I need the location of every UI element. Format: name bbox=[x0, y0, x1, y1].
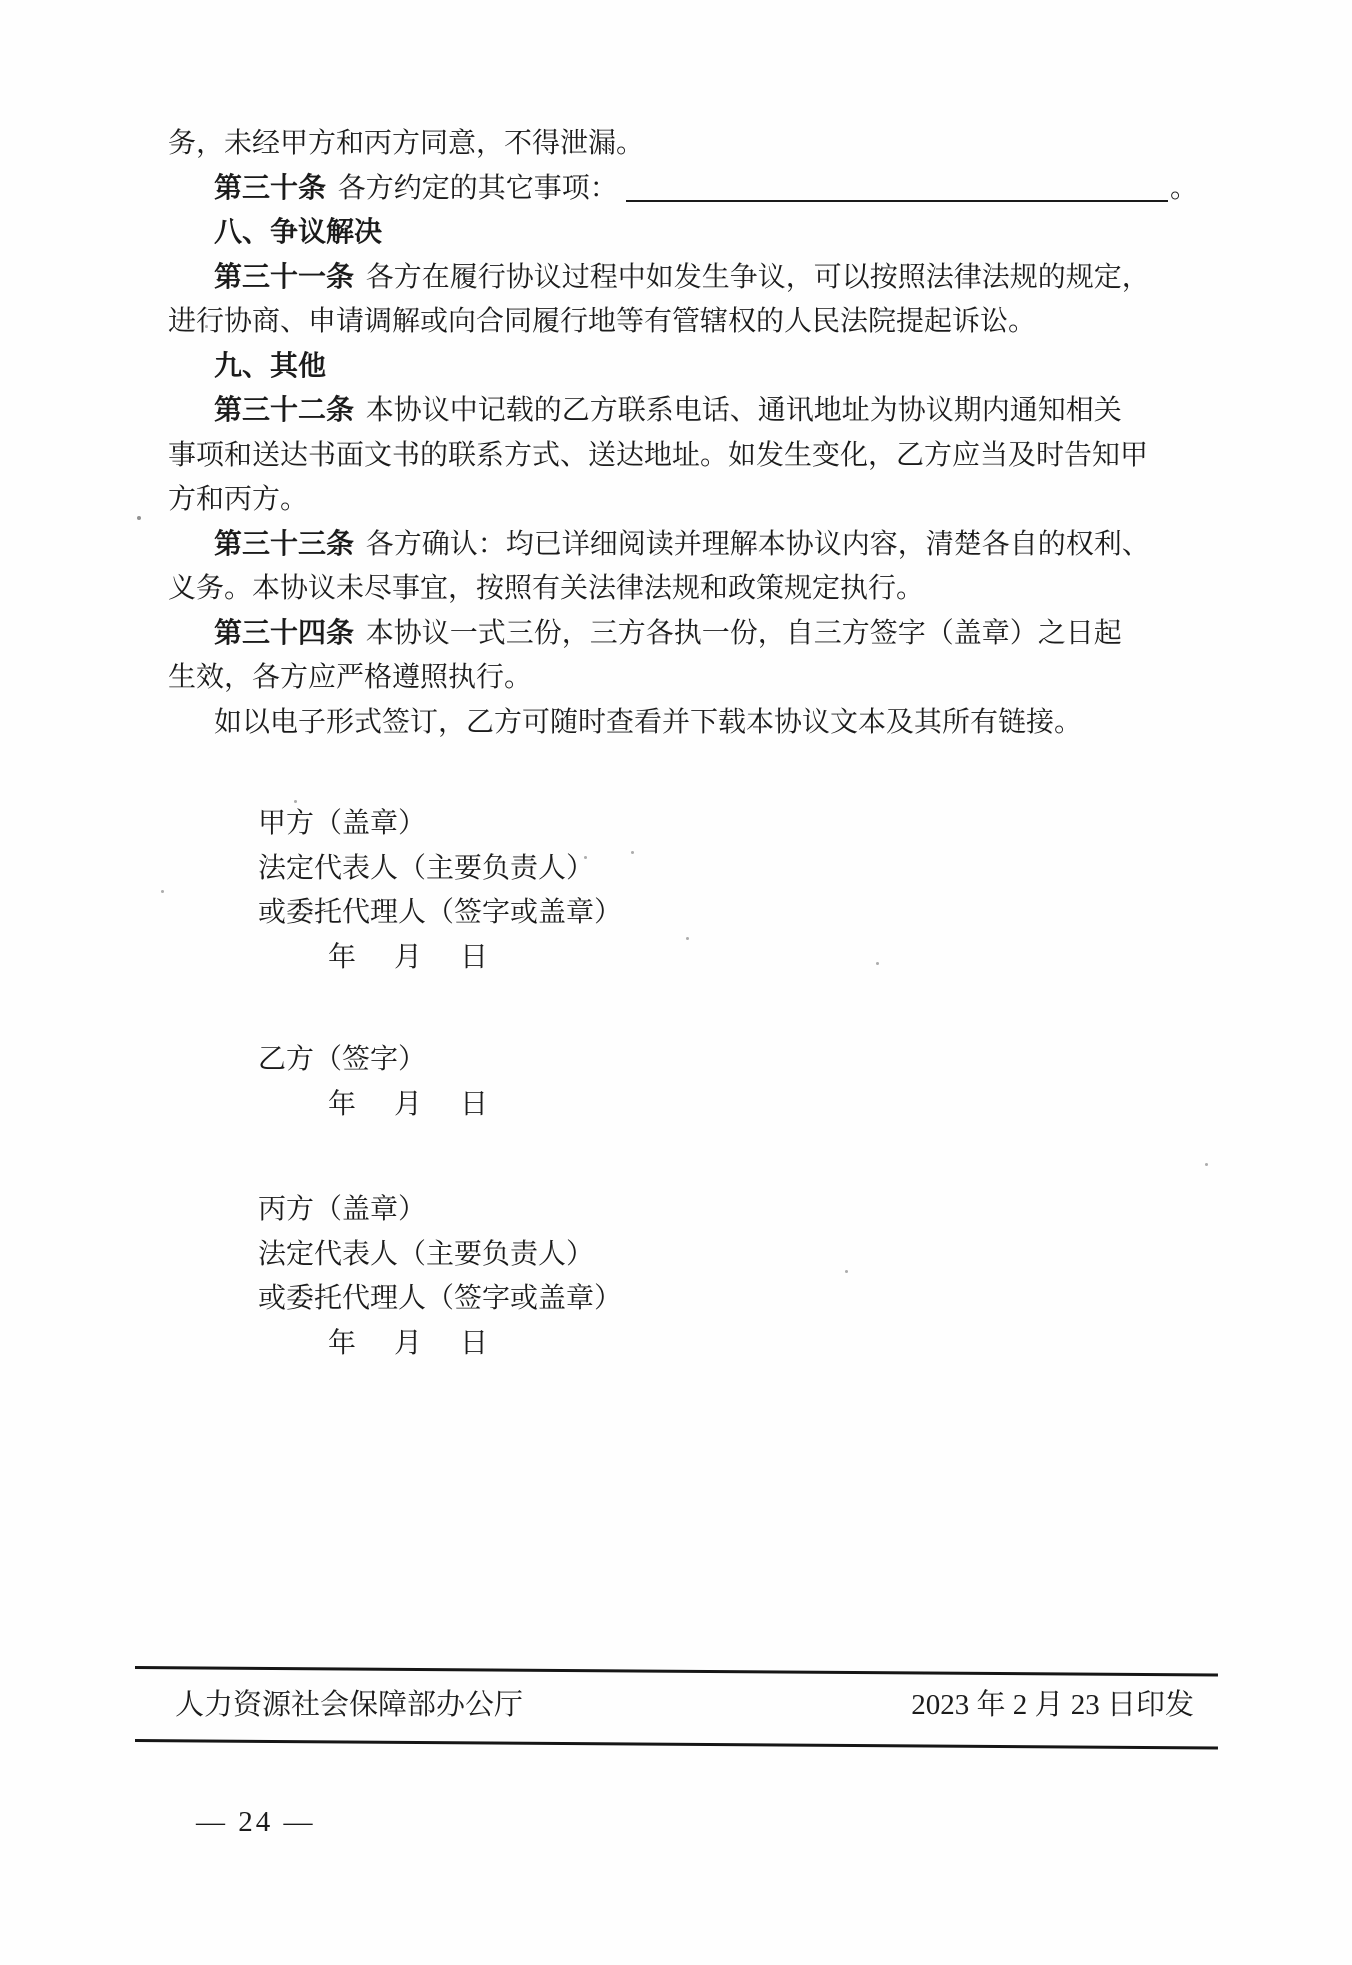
date-line: 年 月 日 bbox=[258, 1322, 622, 1367]
scan-speck bbox=[137, 516, 141, 520]
colophon-rule-top bbox=[135, 1666, 1218, 1677]
signature-line: 乙方（签字） bbox=[258, 1038, 493, 1083]
scan-speck bbox=[845, 1270, 848, 1273]
clause-text: 义务。本协议未尽事宜，按照有关法律法规和政策规定执行。 bbox=[168, 573, 924, 604]
date-line: 年 月 日 bbox=[258, 1083, 493, 1128]
body-line: 第三十条各方约定的其它事项：。 bbox=[168, 167, 1198, 212]
scan-speck bbox=[631, 851, 634, 854]
signature-block-party-b: 乙方（签字）年 月 日 bbox=[258, 1038, 493, 1127]
clause-heading: 第三十条 bbox=[214, 167, 326, 212]
signature-block-party-c: 丙方（盖章）法定代表人（主要负责人）或委托代理人（签字或盖章）年 月 日 bbox=[258, 1188, 622, 1366]
clause-text: 务，未经甲方和丙方同意，不得泄漏。 bbox=[168, 128, 644, 159]
body-line: 方和丙方。 bbox=[168, 478, 1198, 523]
blank-suffix: 。 bbox=[1170, 167, 1198, 212]
clause-text: 进行协商、申请调解或向合同履行地等有管辖权的人民法院提起诉讼。 bbox=[168, 306, 1036, 337]
body-line: 如以电子形式签订，乙方可随时查看并下载本协议文本及其所有链接。 bbox=[168, 701, 1198, 746]
body-line: 生效，各方应严格遵照执行。 bbox=[168, 656, 1198, 701]
scan-speck bbox=[205, 325, 208, 328]
signature-line: 法定代表人（主要负责人） bbox=[258, 1233, 622, 1278]
signature-block-party-a: 甲方（盖章）法定代表人（主要负责人）或委托代理人（签字或盖章）年 月 日 bbox=[258, 802, 622, 980]
date-line: 年 月 日 bbox=[258, 936, 622, 981]
signature-line: 或委托代理人（签字或盖章） bbox=[258, 891, 622, 936]
clause-heading: 第三十三条 bbox=[214, 529, 354, 560]
clause-heading: 八、争议解决 bbox=[214, 217, 382, 248]
clause-heading: 第三十一条 bbox=[214, 262, 354, 293]
scan-speck bbox=[584, 856, 587, 859]
body-line: 务，未经甲方和丙方同意，不得泄漏。 bbox=[168, 122, 1198, 167]
body-line: 八、争议解决 bbox=[168, 211, 1198, 256]
scan-speck bbox=[161, 890, 164, 893]
clause-text: 如以电子形式签订，乙方可随时查看并下载本协议文本及其所有链接。 bbox=[214, 707, 1082, 738]
scan-speck bbox=[1205, 1163, 1208, 1166]
body-line: 事项和送达书面文书的联系方式、送达地址。如发生变化，乙方应当及时告知甲 bbox=[168, 434, 1198, 479]
signature-line: 法定代表人（主要负责人） bbox=[258, 847, 622, 892]
body-line: 义务。本协议未尽事宜，按照有关法律法规和政策规定执行。 bbox=[168, 567, 1198, 612]
clause-text: 各方确认：均已详细阅读并理解本协议内容，清楚各自的权利、 bbox=[366, 529, 1150, 560]
page-number: — 24 — bbox=[196, 1806, 316, 1839]
clause-heading: 九、其他 bbox=[214, 351, 326, 382]
issue-date: 2023 年 2 月 23 日印发 bbox=[911, 1686, 1194, 1724]
clause-text: 生效，各方应严格遵照执行。 bbox=[168, 662, 532, 693]
signature-line: 或委托代理人（签字或盖章） bbox=[258, 1277, 622, 1322]
clause-text: 事项和送达书面文书的联系方式、送达地址。如发生变化，乙方应当及时告知甲 bbox=[168, 440, 1148, 471]
body-line: 第三十二条本协议中记载的乙方联系电话、通讯地址为协议期内通知相关 bbox=[168, 389, 1198, 434]
clause-text: 方和丙方。 bbox=[168, 484, 308, 515]
clause-heading: 第三十四条 bbox=[214, 618, 354, 649]
agreement-clauses: 务，未经甲方和丙方同意，不得泄漏。第三十条各方约定的其它事项：。八、争议解决第三… bbox=[168, 122, 1198, 745]
scan-speck bbox=[294, 800, 297, 803]
issuing-office: 人力资源社会保障部办公厅 bbox=[175, 1686, 523, 1724]
signature-line: 丙方（盖章） bbox=[258, 1188, 622, 1233]
scanned-agreement-page: 务，未经甲方和丙方同意，不得泄漏。第三十条各方约定的其它事项：。八、争议解决第三… bbox=[0, 0, 1352, 1965]
body-line: 九、其他 bbox=[168, 345, 1198, 390]
scan-speck bbox=[686, 937, 689, 940]
colophon: 人力资源社会保障部办公厅 2023 年 2 月 23 日印发 bbox=[135, 1686, 1218, 1724]
clause-text: 本协议一式三份，三方各执一份，自三方签字（盖章）之日起 bbox=[366, 618, 1122, 649]
body-line: 第三十四条本协议一式三份，三方各执一份，自三方签字（盖章）之日起 bbox=[168, 612, 1198, 657]
signature-line: 甲方（盖章） bbox=[258, 802, 622, 847]
clause-text: 各方约定的其它事项： bbox=[338, 167, 618, 212]
clause-text: 各方在履行协议过程中如发生争议，可以按照法律法规的规定， bbox=[366, 262, 1150, 293]
fill-in-blank bbox=[626, 200, 1168, 202]
clause-text: 本协议中记载的乙方联系电话、通讯地址为协议期内通知相关 bbox=[366, 395, 1122, 426]
clause-heading: 第三十二条 bbox=[214, 395, 354, 426]
body-line: 第三十三条各方确认：均已详细阅读并理解本协议内容，清楚各自的权利、 bbox=[168, 523, 1198, 568]
colophon-rule-bottom bbox=[135, 1739, 1218, 1750]
scan-speck bbox=[876, 962, 879, 965]
body-line: 第三十一条各方在履行协议过程中如发生争议，可以按照法律法规的规定， bbox=[168, 256, 1198, 301]
body-line: 进行协商、申请调解或向合同履行地等有管辖权的人民法院提起诉讼。 bbox=[168, 300, 1198, 345]
